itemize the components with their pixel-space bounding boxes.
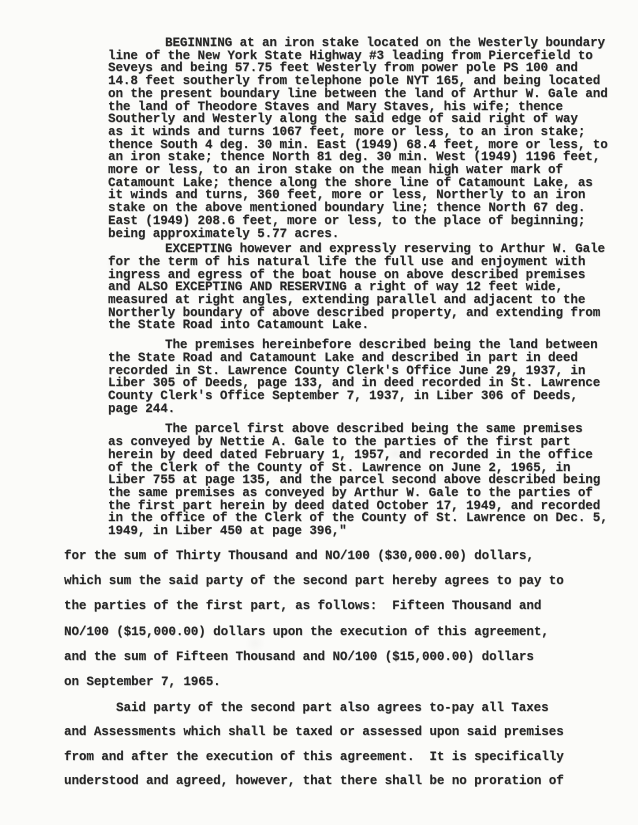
scanned-document-page: BEGINNING at an iron stake located on th… [0, 0, 638, 825]
paragraph-taxes-and-assessments-clause: Said party of the second part also agree… [64, 696, 638, 794]
paragraph-payment-terms: for the sum of Thirty Thousand and NO/10… [64, 544, 638, 696]
paragraph-excepting-reserving-clause: EXCEPTING however and expressly reservin… [108, 243, 638, 332]
paragraph-legal-description-beginning: BEGINNING at an iron stake located on th… [108, 37, 638, 240]
paragraph-premises-deed-references: The premises hereinbefore described bein… [108, 339, 638, 415]
paragraph-parcel-conveyance-history: The parcel first above described being t… [108, 423, 638, 537]
